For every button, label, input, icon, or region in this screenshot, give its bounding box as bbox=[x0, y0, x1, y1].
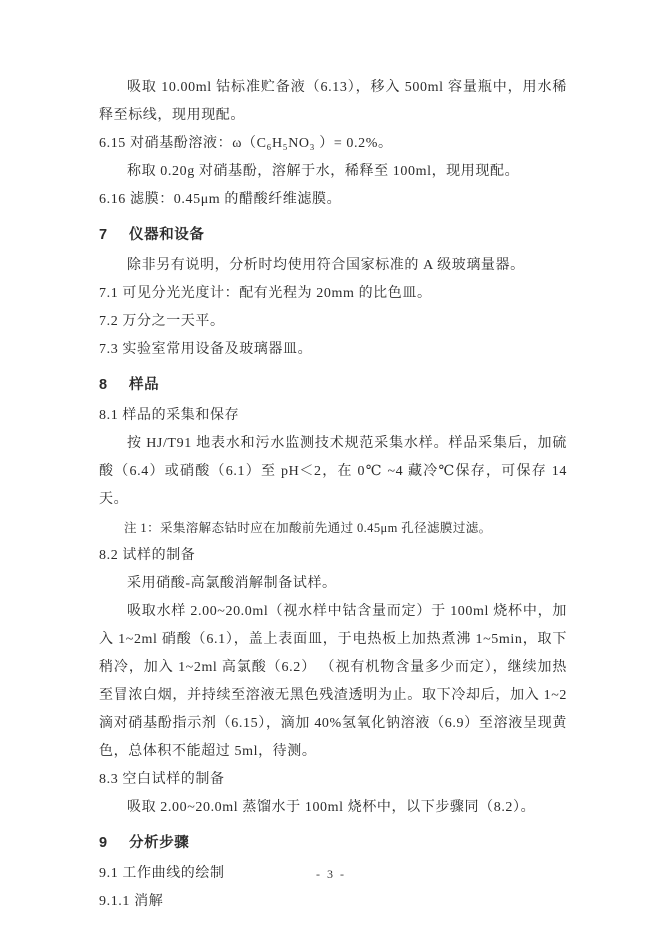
clause-7-3: 7.3 实验室常用设备及玻璃器皿。 bbox=[99, 336, 567, 364]
document-body: 吸取 10.00ml 钴标准贮备液（6.13），移入 500ml 容量瓶中，用水… bbox=[99, 74, 567, 916]
section-title: 仪器和设备 bbox=[129, 227, 205, 243]
paragraph: 吸取 2.00~20.0ml 蒸馏水于 100ml 烧杯中，以下步骤同（8.2）… bbox=[99, 794, 567, 822]
clause-9-1-1: 9.1.1 消解 bbox=[99, 888, 567, 916]
section-number: 8 bbox=[99, 371, 129, 399]
clause-8-3: 8.3 空白试样的制备 bbox=[99, 766, 567, 794]
clause-8-1: 8.1 样品的采集和保存 bbox=[99, 402, 567, 430]
section-heading-9: 9分析步骤 bbox=[99, 829, 567, 857]
section-title: 分析步骤 bbox=[129, 835, 189, 851]
section-heading-8: 8样品 bbox=[99, 371, 567, 399]
clause-6-16: 6.16 滤膜：0.45μm 的醋酸纤维滤膜。 bbox=[99, 186, 567, 214]
paragraph: 按 HJ/T91 地表水和污水监测技术规范采集水样。样品采集后，加硫酸（6.4）… bbox=[99, 430, 567, 514]
section-number: 7 bbox=[99, 221, 129, 249]
paragraph: 采用硝酸-高氯酸消解制备试样。 bbox=[99, 570, 567, 598]
section-number: 9 bbox=[99, 829, 129, 857]
paragraph: 称取 0.20g 对硝基酚，溶解于水，稀释至 100ml，现用现配。 bbox=[99, 158, 567, 186]
document-page: 吸取 10.00ml 钴标准贮备液（6.13），移入 500ml 容量瓶中，用水… bbox=[0, 0, 662, 936]
clause-8-2: 8.2 试样的制备 bbox=[99, 542, 567, 570]
clause-7-1: 7.1 可见分光光度计：配有光程为 20mm 的比色皿。 bbox=[99, 280, 567, 308]
section-title: 样品 bbox=[129, 377, 159, 393]
note-1: 注 1：采集溶解态钴时应在加酸前先通过 0.45μm 孔径滤膜过滤。 bbox=[99, 514, 567, 542]
page-number: - 3 - bbox=[0, 867, 662, 882]
paragraph: 除非另有说明，分析时均使用符合国家标准的 A 级玻璃量器。 bbox=[99, 252, 567, 280]
clause-6-15: 6.15 对硝基酚溶液：ω（C₆H₅NO₃ ）= 0.2%。 bbox=[99, 130, 567, 158]
section-heading-7: 7仪器和设备 bbox=[99, 221, 567, 249]
clause-7-2: 7.2 万分之一天平。 bbox=[99, 308, 567, 336]
paragraph: 吸取 10.00ml 钴标准贮备液（6.13），移入 500ml 容量瓶中，用水… bbox=[99, 74, 567, 130]
paragraph: 吸取水样 2.00~20.0ml（视水样中钴含量而定）于 100ml 烧杯中，加… bbox=[99, 598, 567, 766]
